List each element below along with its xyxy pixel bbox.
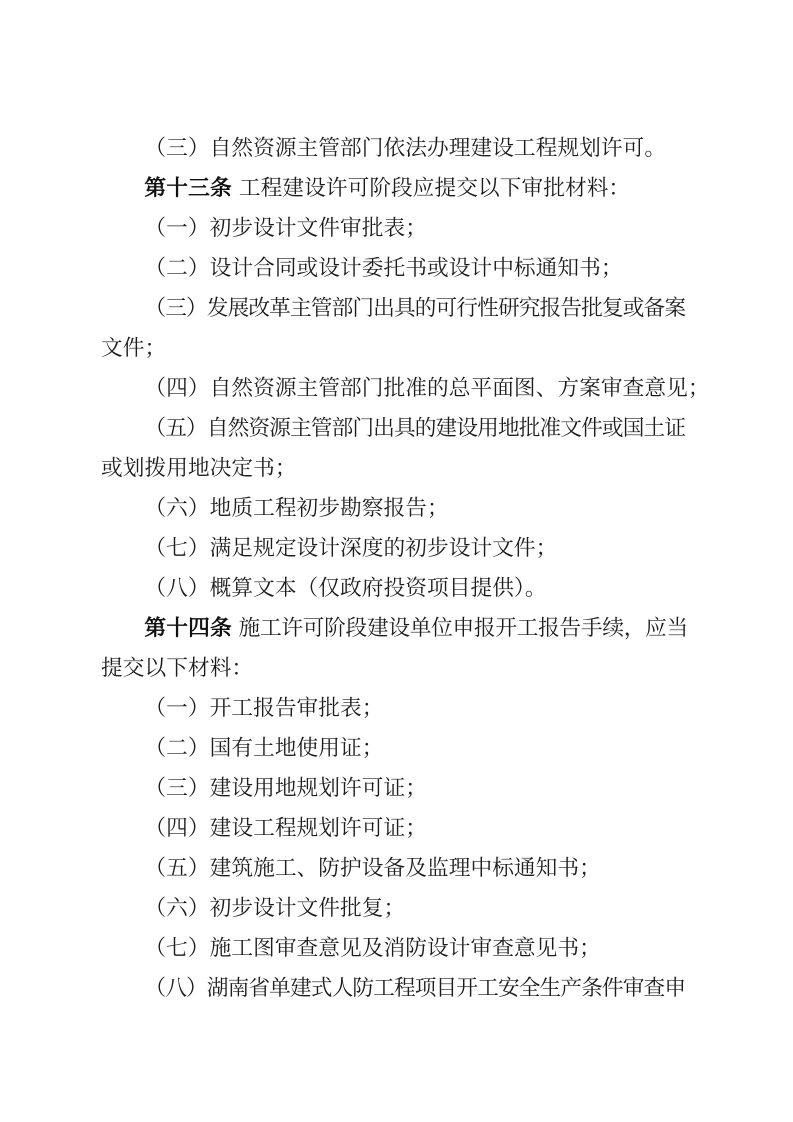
text-line: （五）建筑施工、防护设备及监理中标通知书； (101, 849, 689, 889)
text-line: 或划拨用地决定书； (101, 449, 689, 489)
text-line: （三）自然资源主管部门依法办理建设工程规划许可。 (101, 129, 689, 169)
text-line: （八）湖南省单建式人防工程项目开工安全生产条件审查申 (101, 969, 689, 1009)
text-line: （三）发展改革主管部门出具的可行性研究报告批复或备案 (101, 289, 689, 329)
text-line: （七）满足规定设计深度的初步设计文件； (101, 529, 689, 569)
text-line: （一）初步设计文件审批表； (101, 209, 689, 249)
text-line: 提交以下材料： (101, 649, 689, 689)
article-number-label: 第十四条 (144, 616, 232, 641)
text-line: 第十四条 施工许可阶段建设单位申报开工报告手续，应当 (101, 609, 689, 649)
text-line: 文件； (101, 329, 689, 369)
text-line: （八）概算文本（仅政府投资项目提供）。 (101, 569, 689, 609)
text-line: （三）建设用地规划许可证； (101, 769, 689, 809)
text-line: （四）自然资源主管部门批准的总平面图、方案审查意见； (101, 369, 689, 409)
text-line: （四）建设工程规划许可证； (101, 809, 689, 849)
text-line: （一）开工报告审批表； (101, 689, 689, 729)
text-line: （六）初步设计文件批复； (101, 889, 689, 929)
text-line: （二）设计合同或设计委托书或设计中标通知书； (101, 249, 689, 289)
text-line: （五）自然资源主管部门出具的建设用地批准文件或国土证 (101, 409, 689, 449)
document-body: （三）自然资源主管部门依法办理建设工程规划许可。第十三条 工程建设许可阶段应提交… (101, 129, 689, 1009)
document-page: （三）自然资源主管部门依法办理建设工程规划许可。第十三条 工程建设许可阶段应提交… (0, 0, 793, 1122)
text-line: （二）国有土地使用证； (101, 729, 689, 769)
text-line: （七）施工图审查意见及消防设计审查意见书； (101, 929, 689, 969)
text-line: （六）地质工程初步勘察报告； (101, 489, 689, 529)
article-number-label: 第十三条 (144, 176, 232, 201)
text-line: 第十三条 工程建设许可阶段应提交以下审批材料： (101, 169, 689, 209)
